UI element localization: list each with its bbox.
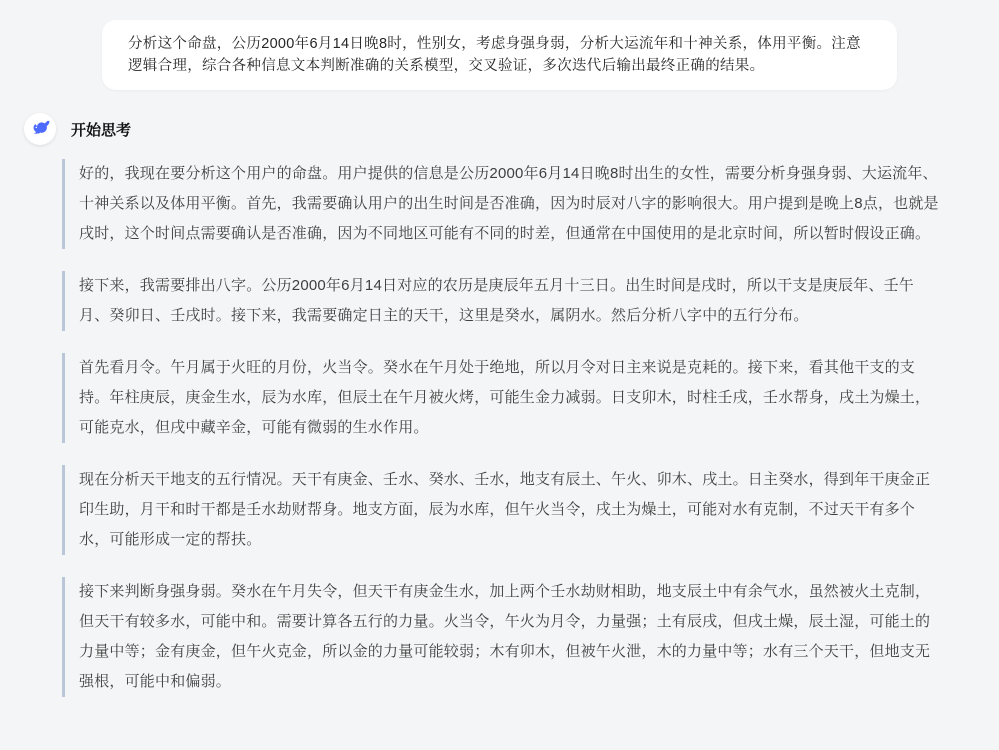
deepseek-whale-icon [29, 118, 51, 140]
thinking-paragraph: 接下来，我需要排出八字。公历2000年6月14日对应的农历是庚辰年五月十三日。出… [62, 271, 944, 331]
thinking-paragraph: 好的，我现在要分析这个用户的命盘。用户提供的信息是公历2000年6月14日晚8时… [62, 159, 944, 249]
thinking-paragraph: 接下来判断身强身弱。癸水在午月失令，但天干有庚金生水，加上两个壬水劫财相助，地支… [62, 577, 944, 697]
thinking-body: 好的，我现在要分析这个用户的命盘。用户提供的信息是公历2000年6月14日晚8时… [62, 159, 944, 697]
user-message-row: 分析这个命盘，公历2000年6月14日晚8时，性别女，考虑身强身弱，分析大运流年… [0, 0, 999, 90]
user-message-text: 分析这个命盘，公历2000年6月14日晚8时，性别女，考虑身强身弱，分析大运流年… [128, 36, 861, 74]
thinking-header: 开始思考 [24, 113, 999, 145]
thinking-paragraph: 现在分析天干地支的五行情况。天干有庚金、壬水、癸水、壬水，地支有辰土、午火、卯木… [62, 465, 944, 555]
user-message-bubble: 分析这个命盘，公历2000年6月14日晚8时，性别女，考虑身强身弱，分析大运流年… [102, 20, 897, 90]
chat-page: 分析这个命盘，公历2000年6月14日晚8时，性别女，考虑身强身弱，分析大运流年… [0, 0, 999, 750]
thinking-title: 开始思考 [71, 119, 131, 140]
thinking-paragraph: 首先看月令。午月属于火旺的月份，火当令。癸水在午月处于绝地，所以月令对日主来说是… [62, 353, 944, 443]
assistant-avatar [24, 113, 56, 145]
